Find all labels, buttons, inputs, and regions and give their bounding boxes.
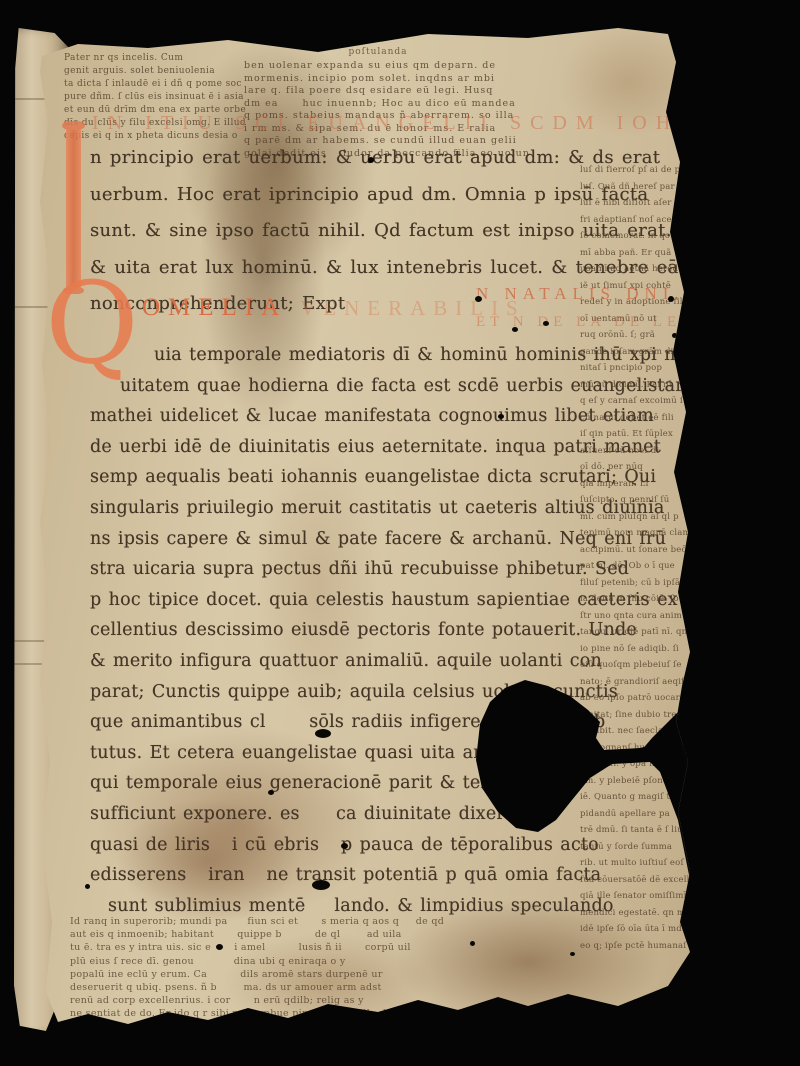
gloss-line: oī uentamū nō ut xyxy=(580,311,725,328)
rubric-homily-strong: OMELIA xyxy=(142,294,300,321)
gloss-line: uoamī ad aetnã hered xyxy=(580,261,725,278)
wormhole xyxy=(368,157,374,163)
gloss-line: accipimū. ut ſonare beō xyxy=(580,542,725,559)
gloss-line: iē. Quanto g magiſ tre xyxy=(580,789,725,806)
wormhole xyxy=(162,1017,169,1023)
manuscript-page: poſtulanda Pater nr qs incelis. Cumgenit… xyxy=(28,22,696,1044)
gloss-line: iſ qin patū. Et ſūplex xyxy=(580,426,725,443)
wormhole xyxy=(498,414,504,419)
wormhole xyxy=(216,944,223,950)
margin-gloss-column: luſ di fierroſ pſ ai de pluſ. Quã dñ her… xyxy=(580,162,725,954)
gloss-line: plū eius ſ rece dī. genou dina ubi q eni… xyxy=(70,955,670,968)
gloss-line: fri adaptianſ noſ ace xyxy=(580,212,725,229)
small-tear xyxy=(315,729,331,738)
text-line: uerbum. Hoc erat iprincipio apud dm. Omn… xyxy=(90,177,665,214)
gloss-line: gande ipſam grām diu xyxy=(580,344,725,361)
bottom-gloss-block: Id ranq in superorib; mundi pa fiun sci … xyxy=(70,915,670,1021)
rubric-homily-faded: VENERABILIS xyxy=(300,296,526,320)
photo-stage: poſtulanda Pater nr qs incelis. Cumgenit… xyxy=(0,0,800,1066)
gloss-line: qla imperan. Li xyxy=(580,476,725,493)
gloss-line: Pater nr qs incelis. Cum xyxy=(64,52,254,65)
gloss-line: cū natuſ debet eē fili xyxy=(580,410,725,427)
gloss-line: deseruerit q ubiq. psens. ñ b ma. ds ur … xyxy=(70,981,670,994)
gloss-line: nitaſ ī pncipio pop xyxy=(580,360,725,377)
small-tear xyxy=(312,880,330,890)
gloss-line: am. y plebeiē pſonē ualea xyxy=(580,773,725,790)
gloss-line: ab eo ipſo patrō uocare xyxy=(580,690,725,707)
gloss-line: genit arguis. solet beniuolenia xyxy=(64,65,254,78)
gloss-line: tepimū nom magnā clam xyxy=(580,525,725,542)
gloss-line: tantū y ſorde ſumma xyxy=(580,839,725,856)
rubric-incipit: IN ITIU SCI EUANGELII SCDM IOH xyxy=(92,112,692,135)
gloss-line: redeſ y in adoptione fil xyxy=(580,294,725,311)
gloss-line: oī dō. per nūq xyxy=(580,459,725,476)
gloss-line: mormenis. incipio pom solet. inqdns ar m… xyxy=(244,73,692,86)
text-line: & uita erat lux hominū. & lux intenebris… xyxy=(90,250,665,287)
rubric-homily-title: OMELIA VENERABILIS xyxy=(142,294,526,322)
gloss-line: ſua cōuersatōē dē excellan xyxy=(580,872,725,889)
wormhole xyxy=(475,296,482,302)
gloss-line: Id ranq in superorib; mundi pa fiun sci … xyxy=(70,915,670,928)
gloss-line: ben uolenar expanda su eius qm deparn. d… xyxy=(244,60,692,73)
gloss-line: renū ad corp excellenrius. i cor n erū q… xyxy=(70,994,670,1007)
gloss-line: io pine nō ſe adiqib. ſi xyxy=(580,641,725,658)
text-line: n principio erat uerbum: & uerbu erat ap… xyxy=(90,140,665,177)
gloss-line: pmitat; ſine dubio tre xyxy=(580,707,725,724)
gloss-line: pat nī. dō. Ob o ī que xyxy=(580,558,725,575)
wormhole xyxy=(570,952,575,956)
gloss-line: rib. ut multo iuſtiuſ eoſ xyxy=(580,855,725,872)
gloss-line: aſſuenſ cū hoeſ di xyxy=(580,443,725,460)
wormhole xyxy=(341,843,348,849)
gloss-line: pidabit. nec ſaecla audeb xyxy=(580,723,725,740)
wormhole xyxy=(85,884,90,889)
gloss-line: aut eis q inmoenib; habitant quippe b de… xyxy=(70,928,670,941)
gloss-line: iẽ ut ſimuſ xpi cohtē xyxy=(580,278,725,295)
wormhole xyxy=(512,327,518,332)
gloss-line: qiā ille ſenator omiſſimī xyxy=(580,888,725,905)
gloss-line: luſ di fierroſ pſ ai de p xyxy=(580,162,725,179)
gloss-line: eiū quoſqm plebeiuſ ſe xyxy=(580,657,725,674)
gloss-line: luſ. Quã dñ hereſ par xyxy=(580,179,725,196)
gloss-line: mū cū dicimū. Pai nī xyxy=(580,377,725,394)
gloss-line: pidandū apellare pa xyxy=(580,806,725,823)
gloss-line: ruq orōnū. ſ; grã xyxy=(580,327,725,344)
wormhole xyxy=(470,941,475,946)
gloss-line: trē dmū. ſi tanta ē ſ liuoſ xyxy=(580,822,725,839)
gloss-line: tangu. ur diē patī nī. qn xyxy=(580,624,725,641)
gloss-line: dm ea huc inuennb; Hoc au dico eū mandea xyxy=(244,98,692,111)
gloss-line: ia deita in filu cōiē. ſo xyxy=(580,591,725,608)
wormhole xyxy=(668,296,674,302)
gloss-line: popalū ine eclū y erum. Ca dils aromē st… xyxy=(70,968,670,981)
gloss-line: mī. cum pluſqn al ql p xyxy=(580,509,725,526)
wormhole xyxy=(268,790,274,795)
gloss-line: mī abba pañ. Er quã xyxy=(580,245,725,262)
gloss-line: ſuſcipto. q penniſ ſū xyxy=(580,492,725,509)
gloss-line: filuſ petenib; cū b ipſā ar xyxy=(580,575,725,592)
gloss-line: ſtr uno qnta cura animū xyxy=(580,608,725,625)
wormhole xyxy=(543,321,549,326)
wormhole xyxy=(672,333,677,338)
gloss-line: tu ē. tra es y intra uis. sic e i amel l… xyxy=(70,941,670,954)
text-line: sunt. & sine ipso factū nihil. Qd factum… xyxy=(90,213,665,250)
gloss-line: lare q. fila poere dsq esidare eū legi. … xyxy=(244,85,692,98)
gloss-heading: poſtulanda xyxy=(278,46,478,59)
gloss-line: q eſ y carnaſ excoimū ſōſ xyxy=(580,393,725,410)
gloss-line: pure dñm. ſ clūs eis insinuat ē i asia xyxy=(64,91,254,104)
gloss-line: ne sentiat de do. Er ido q r sibi me mbu… xyxy=(70,1007,670,1020)
gloss-line: ſē comemorat. in qo xyxy=(580,228,725,245)
gloss-line: nato; ē grandioriſ aeqiſ xyxy=(580,674,725,691)
gloss-line: luſ ē nibl diſſoſt aſer no xyxy=(580,195,725,212)
gloss-line: ta dicta ſ inlaudē ei i dñ q pome soc xyxy=(64,78,254,91)
